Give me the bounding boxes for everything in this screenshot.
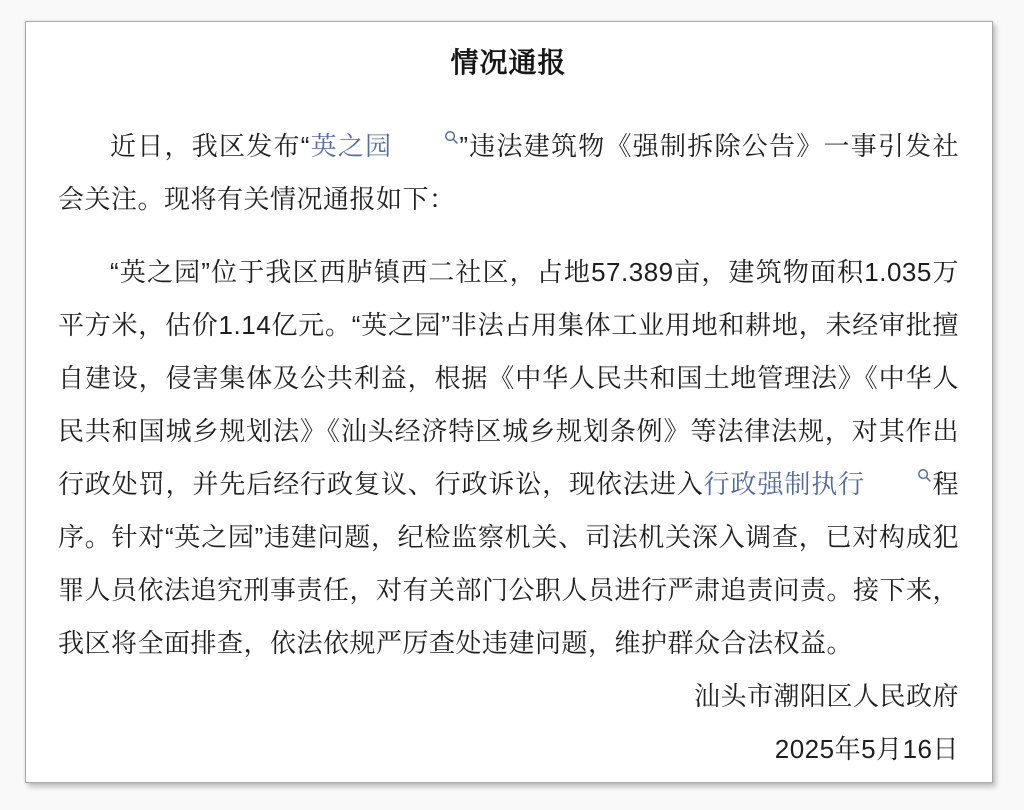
signature: 汕头市潮阳区人民政府 (58, 670, 959, 723)
notice-card: 情况通报 近日，我区发布“英之园”违法建筑物《强制拆除公告》一事引发社会关注。现… (25, 21, 993, 783)
enforcement-link-label: 行政强制执行 (704, 469, 865, 499)
paragraph-1-text-pre: 近日，我区发布“ (110, 131, 310, 161)
search-icon[interactable] (865, 468, 932, 483)
yingzhiyuan-link-label: 英之园 (310, 131, 393, 161)
yingzhiyuan-link[interactable]: 英之园 (310, 131, 460, 161)
notice-title: 情况通报 (58, 42, 959, 84)
enforcement-link[interactable]: 行政强制执行 (704, 469, 932, 499)
paragraph-2: “英之园”位于我区西胪镇西二社区，占地57.389亩，建筑物面积1.035万平方… (58, 246, 959, 670)
paragraph-2-text-pre: “英之园”位于我区西胪镇西二社区，占地57.389亩，建筑物面积1.035万平方… (58, 257, 959, 499)
date: 2025年5月16日 (58, 723, 959, 776)
search-icon[interactable] (392, 130, 459, 145)
paragraph-1: 近日，我区发布“英之园”违法建筑物《强制拆除公告》一事引发社会关注。现将有关情况… (58, 120, 959, 226)
